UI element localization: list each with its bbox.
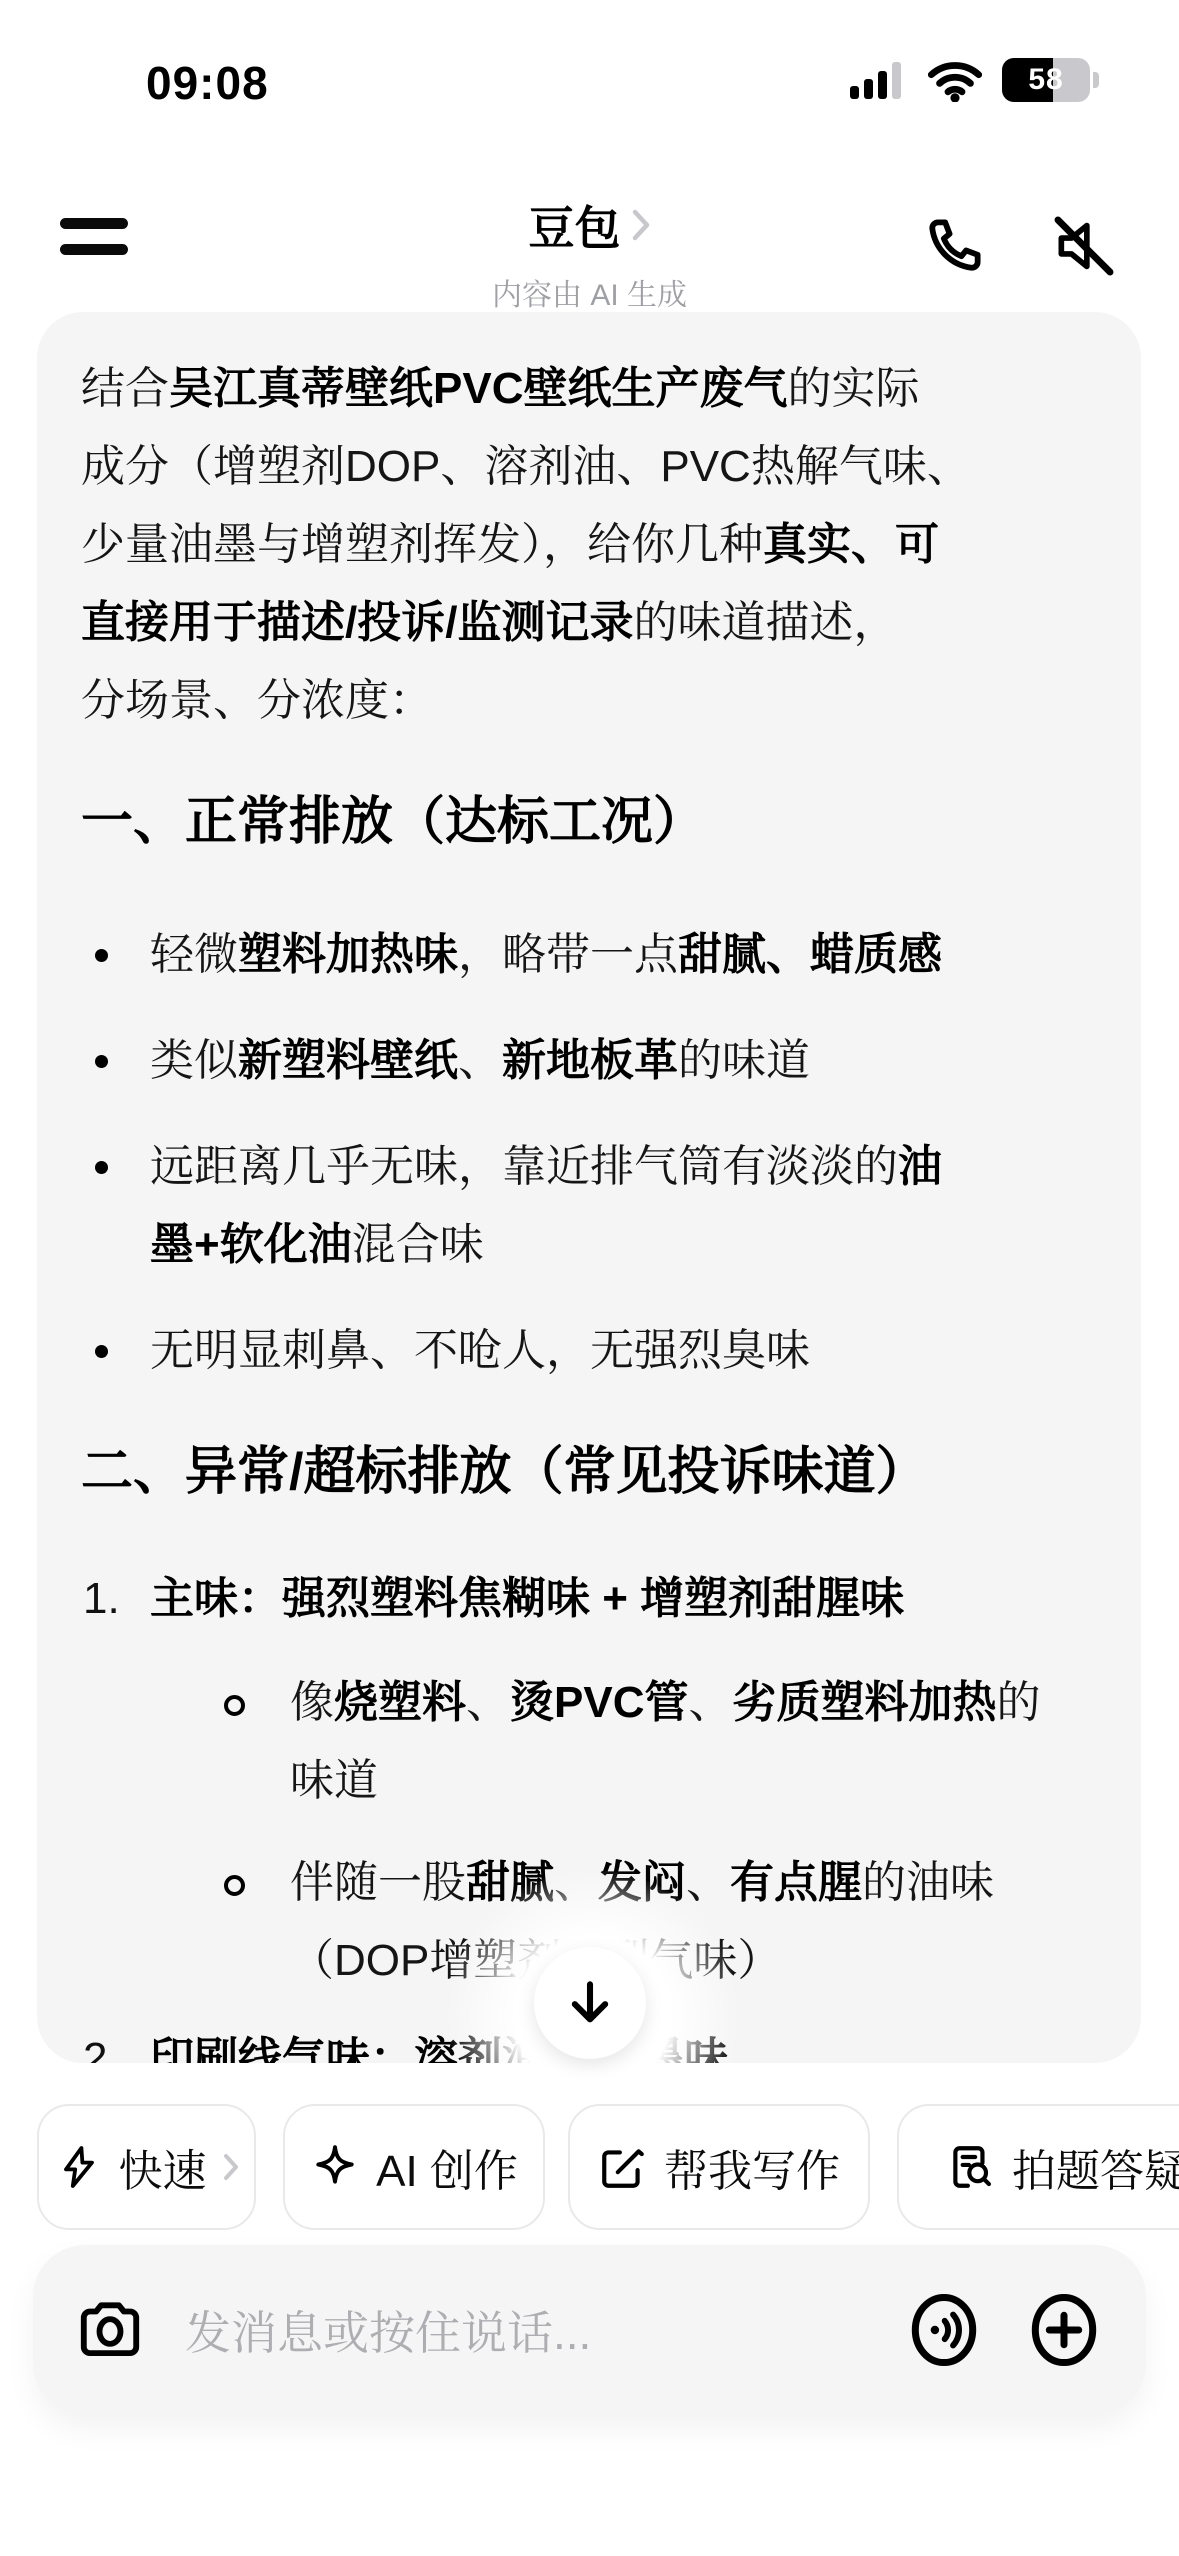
section-heading: 一、正常排放（达标工况） [81, 784, 1101, 860]
wifi-icon [926, 58, 984, 102]
text-line: 伴随一股甜腻、发闷、有点腥的油味 [290, 1844, 1101, 1922]
bold-text: 直接用于描述/投诉/监测记录 [81, 598, 633, 647]
message-input-bar[interactable]: 发消息或按住说话... [33, 2245, 1146, 2415]
text-line: （DOP增塑剂典型气味） [290, 1922, 1101, 2000]
bullet-dot-icon [95, 1161, 108, 1174]
mute-button[interactable] [1042, 204, 1126, 288]
regular-text: 、 [686, 1858, 730, 1907]
regular-text: 的油味 [862, 1858, 994, 1907]
toolbar-button-label: 拍题答疑 [1012, 2135, 1179, 2199]
battery-percent: 58 [1028, 63, 1063, 97]
lightning-icon [55, 2143, 103, 2191]
status-bar: 09:08 [0, 48, 1179, 112]
message-content: 结合吴江真蒂壁纸PVC壁纸生产废气的实际成分（增塑剂DOP、溶剂油、PVC热解气… [81, 350, 1101, 2063]
help-me-write-button[interactable]: 帮我写作 [568, 2104, 870, 2230]
title-area[interactable]: 豆包 内容由 AI 生成 [0, 192, 1179, 314]
plus-circle-icon[interactable] [1022, 2288, 1106, 2372]
regular-text: 、 [554, 1858, 598, 1907]
bullet-item: 远距离几乎无味，靠近排气筒有淡淡的油墨+软化油混合味 [81, 1128, 1101, 1284]
regular-text: 的味道描述， [633, 598, 897, 647]
sub-bullet-list: 像烧塑料、烫PVC管、劣质塑料加热的味道伴随一股甜腻、发闷、有点腥的油味（DOP… [150, 1664, 1101, 2000]
regular-text: 像 [290, 1678, 334, 1727]
photo-solve-button[interactable]: 拍题答疑 [897, 2104, 1179, 2230]
cellular-signal-icon [848, 58, 908, 102]
text-line: 像烧塑料、烫PVC管、劣质塑料加热的 [290, 1664, 1101, 1742]
bold-text: 发闷 [598, 1858, 686, 1907]
bold-text: 主味：强烈塑料焦糊味 + 增塑剂甜腥味 [150, 1574, 904, 1623]
chevron-right-icon [631, 208, 651, 242]
regular-text: 的实际 [787, 364, 919, 413]
photo-question-icon [946, 2142, 996, 2192]
bullet-dot-icon [95, 1345, 108, 1358]
bold-text: 甜腻 [466, 1858, 554, 1907]
hollow-bullet-icon [224, 1875, 245, 1896]
regular-text: 伴随一股 [290, 1858, 466, 1907]
regular-text: 味道 [290, 1756, 378, 1805]
sub-bullet-item: 像烧塑料、烫PVC管、劣质塑料加热的味道 [150, 1664, 1101, 1820]
regular-text: 的 [996, 1678, 1040, 1727]
ai-generated-notice: 内容由 AI 生成 [0, 270, 1179, 314]
text-line: 类似新塑料壁纸、新地板革的味道 [150, 1022, 1101, 1100]
bold-text: 新地板革 [502, 1036, 678, 1085]
voice-call-button[interactable] [912, 204, 996, 288]
text-line: 成分（增塑剂DOP、溶剂油、PVC热解气味、 [81, 428, 1101, 506]
regular-text: 结合 [81, 364, 169, 413]
bold-text: 有点腥 [730, 1858, 862, 1907]
text-line: 少量油墨与增塑剂挥发），给你几种真实、可 [81, 506, 1101, 584]
bold-text: 吴江真蒂壁纸PVC壁纸生产废气 [169, 364, 787, 413]
bold-text: 印刷线气味：溶剂油 + 油墨味 [150, 2034, 728, 2063]
bold-text: 烧塑料 [334, 1678, 466, 1727]
regular-text: 远距离几乎无味，靠近排气筒有淡淡的 [150, 1142, 898, 1191]
message-input-placeholder[interactable]: 发消息或按住说话... [185, 2297, 902, 2363]
compose-icon [598, 2142, 648, 2192]
bold-text: 劣质塑料加热 [732, 1678, 996, 1727]
bold-text: 墨+软化油 [150, 1220, 352, 1269]
status-time: 09:08 [146, 56, 269, 110]
bold-text: 新塑料壁纸 [238, 1036, 458, 1085]
text-line: 主味：强烈塑料焦糊味 + 增塑剂甜腥味 [150, 1560, 1101, 1638]
app-screen: 09:08 [0, 0, 1179, 2556]
text-line: 结合吴江真蒂壁纸PVC壁纸生产废气的实际 [81, 350, 1101, 428]
toolbar-button-label: 帮我写作 [664, 2135, 840, 2199]
regular-text: 无明显刺鼻、不呛人，无强烈臭味 [150, 1326, 810, 1375]
regular-text: 分场景、分浓度： [81, 676, 433, 725]
battery-nub [1093, 72, 1099, 88]
speaker-muted-icon [1050, 212, 1118, 280]
ai-create-button[interactable]: AI 创作 [283, 2104, 545, 2230]
list-number: 1. [83, 1560, 120, 1638]
regular-text: （DOP增塑剂典型气味） [290, 1936, 781, 1985]
arrow-down-icon [562, 1975, 618, 2031]
regular-text: 少量油墨与增塑剂挥发），给你几种 [81, 520, 763, 569]
regular-text: 、 [458, 1036, 502, 1085]
voice-input-icon[interactable] [902, 2288, 986, 2372]
text-line: 轻微塑料加热味，略带一点甜腻、蜡质感 [150, 916, 1101, 994]
bullet-item: 轻微塑料加热味，略带一点甜腻、蜡质感 [81, 916, 1101, 994]
section-heading: 二、异常/超标排放（常见投诉味道） [81, 1434, 1101, 1510]
regular-text: ，略带一点 [458, 930, 678, 979]
regular-text: 类似 [150, 1036, 238, 1085]
bullet-item: 类似新塑料壁纸、新地板革的味道 [81, 1022, 1101, 1100]
page-title: 豆包 [529, 192, 621, 258]
quick-actions-button[interactable]: 快速 [37, 2104, 256, 2230]
bullet-item: 无明显刺鼻、不呛人，无强烈臭味 [81, 1312, 1101, 1390]
bold-text: 真实、可 [763, 520, 939, 569]
phone-icon [921, 213, 987, 279]
bold-text: 烫PVC管 [510, 1678, 688, 1727]
bold-text: 油 [898, 1142, 942, 1191]
toolbar-button-label: 快速 [119, 2135, 207, 2199]
scroll-to-bottom-button[interactable] [534, 1947, 646, 2059]
text-line: 味道 [290, 1742, 1101, 1820]
regular-text: 、 [688, 1678, 732, 1727]
status-icons: 58 [848, 56, 1099, 104]
bold-text: 甜腻、蜡质感 [678, 930, 942, 979]
bullet-dot-icon [95, 1055, 108, 1068]
text-line: 直接用于描述/投诉/监测记录的味道描述， [81, 584, 1101, 662]
chevron-right-icon [223, 2153, 239, 2181]
regular-text: 成分（增塑剂DOP、溶剂油、PVC热解气味、 [81, 442, 971, 491]
bullet-dot-icon [95, 949, 108, 962]
ai-message-bubble: 结合吴江真蒂壁纸PVC壁纸生产废气的实际成分（增塑剂DOP、溶剂油、PVC热解气… [37, 312, 1141, 2063]
bold-text: 塑料加热味 [238, 930, 458, 979]
regular-text: 、 [466, 1678, 510, 1727]
numbered-item: 1.主味：强烈塑料焦糊味 + 增塑剂甜腥味像烧塑料、烫PVC管、劣质塑料加热的味… [81, 1560, 1101, 2000]
sparkle-icon [310, 2142, 360, 2192]
text-line: 墨+软化油混合味 [150, 1206, 1101, 1284]
bullet-list: 轻微塑料加热味，略带一点甜腻、蜡质感类似新塑料壁纸、新地板革的味道远距离几乎无味… [81, 916, 1101, 1390]
text-line: 分场景、分浓度： [81, 662, 1101, 740]
battery-icon: 58 [1002, 58, 1099, 102]
regular-text: 轻微 [150, 930, 238, 979]
message-paragraph: 结合吴江真蒂壁纸PVC壁纸生产废气的实际成分（增塑剂DOP、溶剂油、PVC热解气… [81, 350, 1101, 740]
toolbar-button-label: AI 创作 [376, 2135, 518, 2199]
text-line: 无明显刺鼻、不呛人，无强烈臭味 [150, 1312, 1101, 1390]
camera-icon[interactable] [73, 2293, 147, 2367]
list-number: 2. [83, 2020, 120, 2063]
text-line: 远距离几乎无味，靠近排气筒有淡淡的油 [150, 1128, 1101, 1206]
regular-text: 的味道 [678, 1036, 810, 1085]
chat-header: 豆包 内容由 AI 生成 [0, 192, 1179, 312]
hollow-bullet-icon [224, 1695, 245, 1716]
regular-text: 混合味 [352, 1220, 484, 1269]
